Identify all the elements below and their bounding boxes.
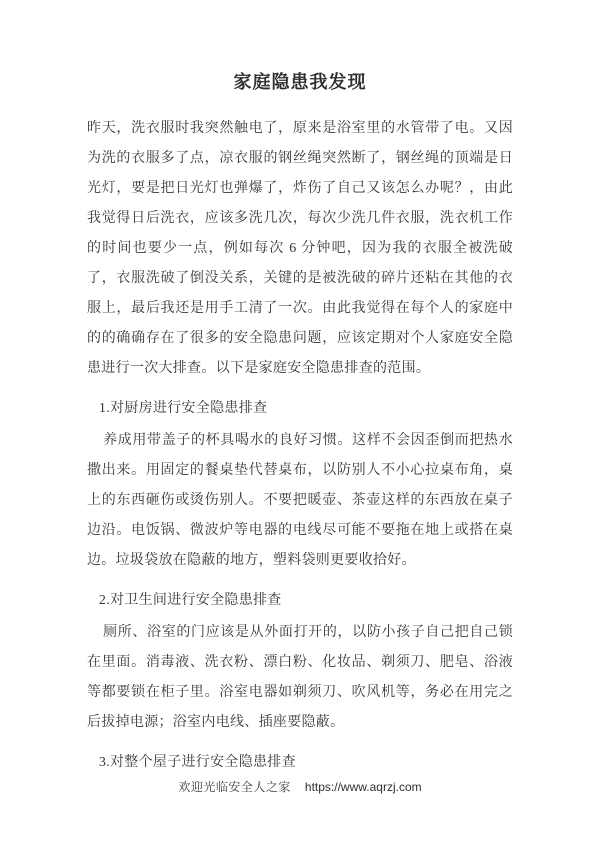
footer-site-url: https://www.aqrzj.com xyxy=(305,780,422,794)
page-footer: 欢迎光临安全人之家 https://www.aqrzj.com xyxy=(0,778,600,795)
document-title: 家庭隐患我发现 xyxy=(87,69,513,95)
intro-paragraph: 昨天，洗衣服时我突然触电了，原来是浴室里的水管带了电。又因为洗的衣服多了点，凉衣… xyxy=(87,114,513,384)
section-1-body: 养成用带盖子的杯具喝水的良好习惯。这样不会因歪倒而把热水撒出来。用固定的餐桌垫代… xyxy=(87,426,513,576)
section-2-body: 厕所、浴室的门应该是从外面打开的，以防小孩子自己把自己锁在里面。消毒液、洗衣粉、… xyxy=(87,618,513,738)
section-2-heading: 2.对卫生间进行安全隐患排查 xyxy=(87,586,513,616)
section-3-heading: 3.对整个屋子进行安全隐患排查 xyxy=(87,748,513,778)
footer-site-name: 欢迎光临安全人之家 xyxy=(178,778,291,795)
section-1-heading: 1.对厨房进行安全隐患排查 xyxy=(87,394,513,424)
document-page: 家庭隐患我发现 昨天，洗衣服时我突然触电了，原来是浴室里的水管带了电。又因为洗的… xyxy=(0,0,600,849)
